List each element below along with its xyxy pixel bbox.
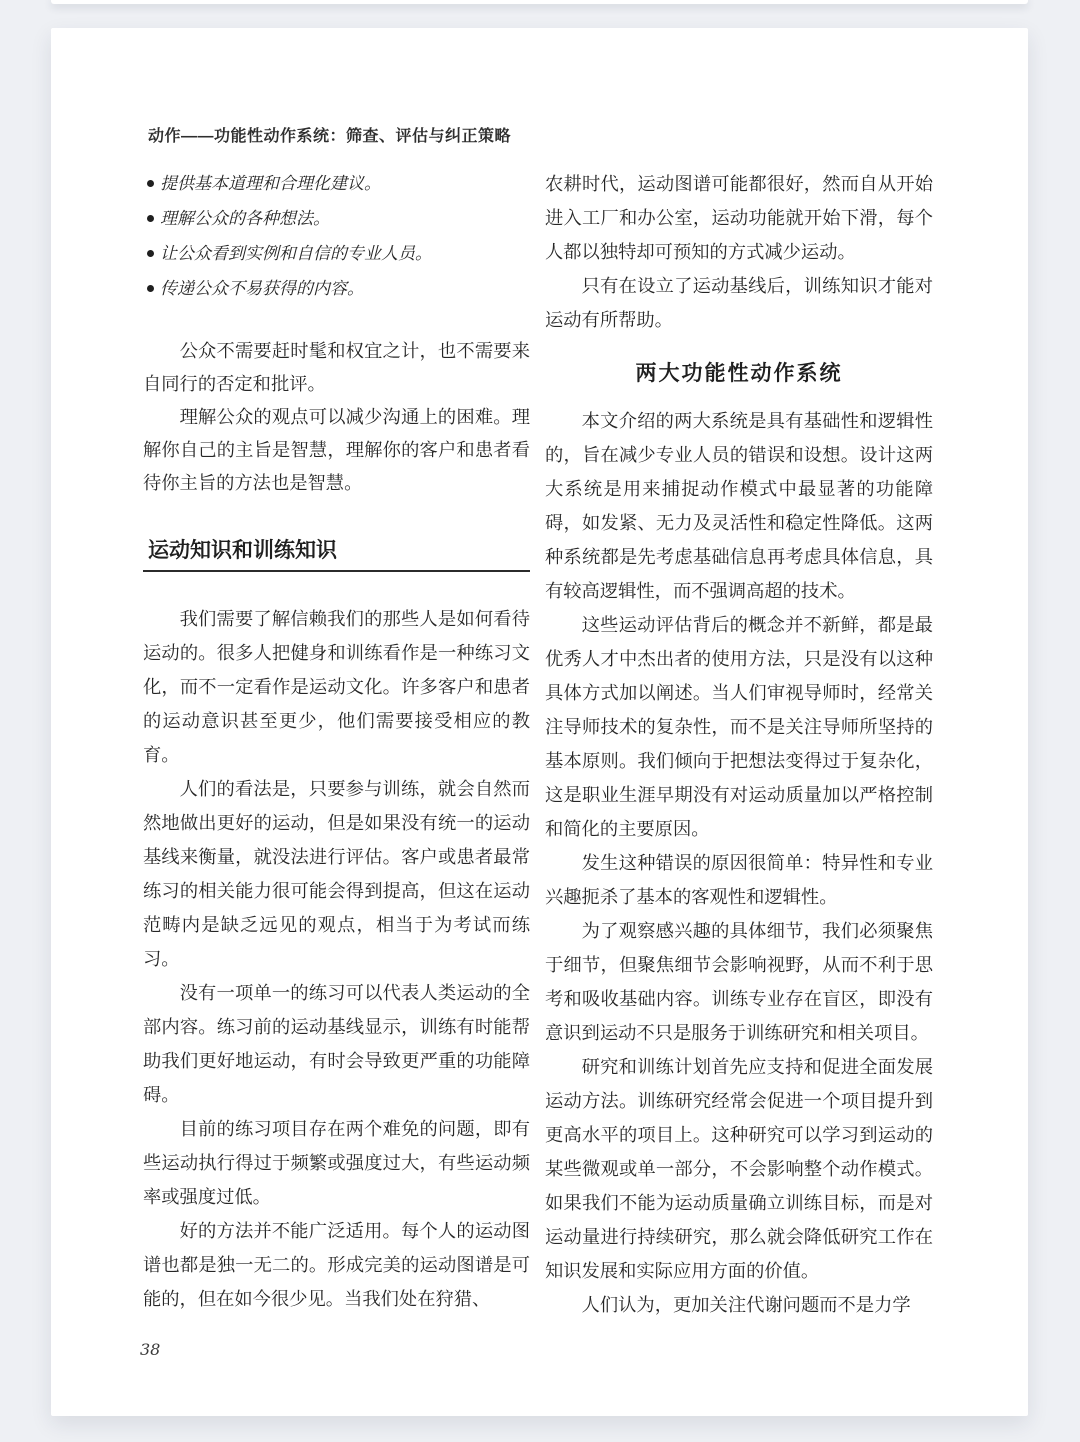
paragraph: 本文介绍的两大系统是具有基础性和逻辑性的，旨在减少专业人员的错误和设想。设计这两… — [545, 404, 933, 608]
right-column-body: 本文介绍的两大系统是具有基础性和逻辑性的，旨在减少专业人员的错误和设想。设计这两… — [545, 404, 933, 1322]
paragraph: 为了观察感兴趣的具体细节，我们必须聚焦于细节，但聚焦细节会影响视野，从而不利于思… — [545, 914, 933, 1050]
paragraph: 人们认为，更加关注代谢问题而不是力学 — [545, 1288, 933, 1322]
section-heading-two-systems: 两大功能性动作系统 — [545, 362, 933, 385]
paragraph: 农耕时代，运动图谱可能都很好，然而自从开始进入工厂和办公室，运动功能就开始下滑，… — [545, 167, 933, 269]
paragraph: 好的方法并不能广泛适用。每个人的运动图谱也都是独一无二的。形成完美的运动图谱是可… — [143, 1214, 530, 1316]
paragraph: 理解公众的观点可以减少沟通上的困难。理解你自己的主旨是智慧，理解你的客户和患者看… — [143, 401, 530, 500]
left-column-body: 我们需要了解信赖我们的那些人是如何看待运动的。很多人把健身和训练看作是一种练习文… — [143, 602, 530, 1316]
paragraph: 这些运动评估背后的概念并不新鲜，都是最优秀人才中杰出者的使用方法，只是没有以这种… — [545, 608, 933, 846]
bullet-item: 让公众看到实例和自信的专业人员。 — [143, 236, 543, 271]
section-heading-motion-knowledge: 运动知识和训练知识 — [143, 538, 530, 572]
bullet-text: 提供基本道理和合理化建议。 — [160, 174, 381, 193]
bullet-dot-icon — [147, 285, 154, 292]
paragraph: 我们需要了解信赖我们的那些人是如何看待运动的。很多人把健身和训练看作是一种练习文… — [143, 602, 530, 772]
paragraph: 人们的看法是，只要参与训练，就会自然而然地做出更好的运动，但是如果没有统一的运动… — [143, 772, 530, 976]
section-heading-text: 运动知识和训练知识 — [148, 538, 530, 563]
paragraph: 没有一项单一的练习可以代表人类运动的全部内容。练习前的运动基线显示，训练有时能帮… — [143, 976, 530, 1112]
book-page: 动作——功能性动作系统：筛查、评估与纠正策略 提供基本道理和合理化建议。 理解公… — [51, 28, 1028, 1416]
bullet-dot-icon — [147, 180, 154, 187]
page-number: 38 — [140, 1340, 160, 1359]
paragraph: 只有在设立了运动基线后，训练知识才能对运动有所帮助。 — [545, 269, 933, 337]
bullet-list: 提供基本道理和合理化建议。 理解公众的各种想法。 让公众看到实例和自信的专业人员… — [143, 166, 543, 306]
bullet-item: 传递公众不易获得的内容。 — [143, 271, 543, 306]
paragraph: 目前的练习项目存在两个难免的问题，即有些运动执行得过于频繁或强度过大，有些运动频… — [143, 1112, 530, 1214]
previous-page-edge — [51, 0, 1028, 4]
paragraph: 公众不需要赶时髦和权宜之计，也不需要来自同行的否定和批评。 — [143, 335, 530, 401]
bullet-text: 理解公众的各种想法。 — [160, 209, 330, 228]
section-heading-text: 两大功能性动作系统 — [545, 362, 933, 385]
bullet-text: 让公众看到实例和自信的专业人员。 — [160, 244, 432, 263]
paragraph: 发生这种错误的原因很简单：特异性和专业兴趣扼杀了基本的客观性和逻辑性。 — [545, 846, 933, 914]
right-column-top: 农耕时代，运动图谱可能都很好，然而自从开始进入工厂和办公室，运动功能就开始下滑，… — [545, 167, 933, 337]
bullet-item: 提供基本道理和合理化建议。 — [143, 166, 543, 201]
page-background: 动作——功能性动作系统：筛查、评估与纠正策略 提供基本道理和合理化建议。 理解公… — [0, 0, 1080, 1442]
running-head: 动作——功能性动作系统：筛查、评估与纠正策略 — [148, 123, 511, 146]
left-column-intro: 公众不需要赶时髦和权宜之计，也不需要来自同行的否定和批评。 理解公众的观点可以减… — [143, 335, 530, 500]
paragraph: 研究和训练计划首先应支持和促进全面发展运动方法。训练研究经常会促进一个项目提升到… — [545, 1050, 933, 1288]
bullet-item: 理解公众的各种想法。 — [143, 201, 543, 236]
bullet-dot-icon — [147, 215, 154, 222]
bullet-text: 传递公众不易获得的内容。 — [160, 279, 364, 298]
bullet-dot-icon — [147, 250, 154, 257]
